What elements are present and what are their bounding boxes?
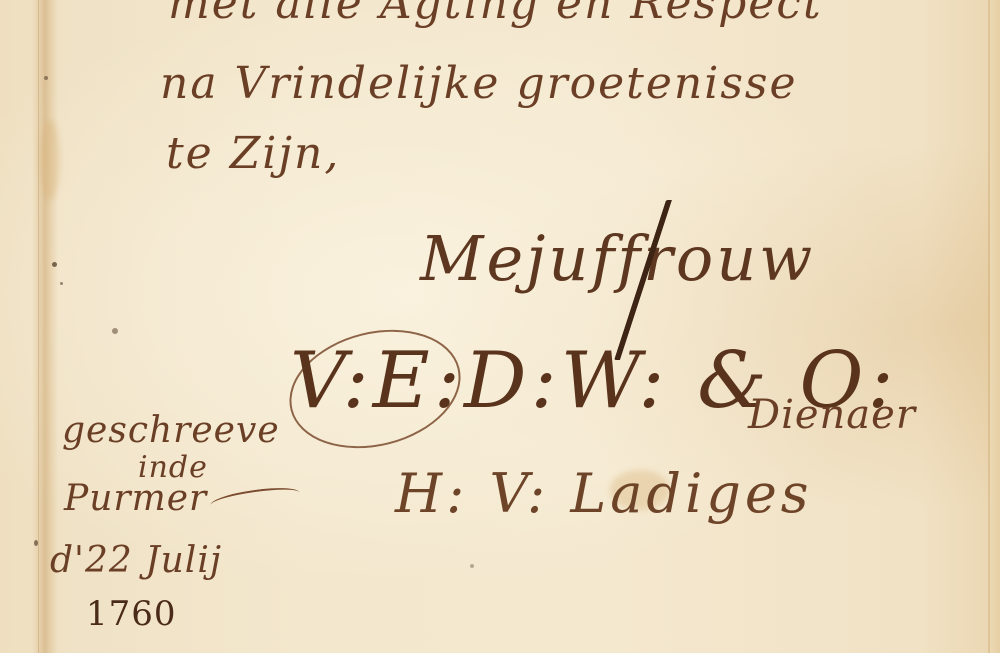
letter-body-line: met alle Agting en Respect	[168, 0, 823, 29]
place-date-line: Purmer	[64, 478, 207, 519]
place-date-line: d'22 Julij	[50, 540, 222, 581]
paper-edge-line	[988, 0, 990, 653]
date-year: 1760	[86, 594, 177, 634]
letter-body-line: te Zijn,	[166, 128, 340, 179]
letter-body-line: na Vrindelijke groetenisse	[160, 58, 798, 109]
foxing-stain	[40, 120, 60, 200]
salutation: Mejuffrouw	[420, 222, 815, 295]
paper-edge	[990, 0, 1000, 653]
closing-word: Dienaer	[748, 392, 916, 438]
letter-page: met alle Agting en Respect na Vrindelijk…	[0, 0, 1000, 653]
place-date-line: geschreeve	[62, 410, 280, 451]
ink-speck	[44, 76, 48, 80]
ink-speck	[34, 540, 38, 546]
binding-fold-line	[38, 0, 39, 653]
ink-flourish	[209, 484, 301, 514]
ink-speck	[470, 564, 474, 568]
ink-speck	[112, 328, 118, 334]
ink-speck	[60, 282, 63, 285]
ink-speck	[52, 262, 57, 267]
signature: H: V: Ladiges	[395, 462, 813, 525]
